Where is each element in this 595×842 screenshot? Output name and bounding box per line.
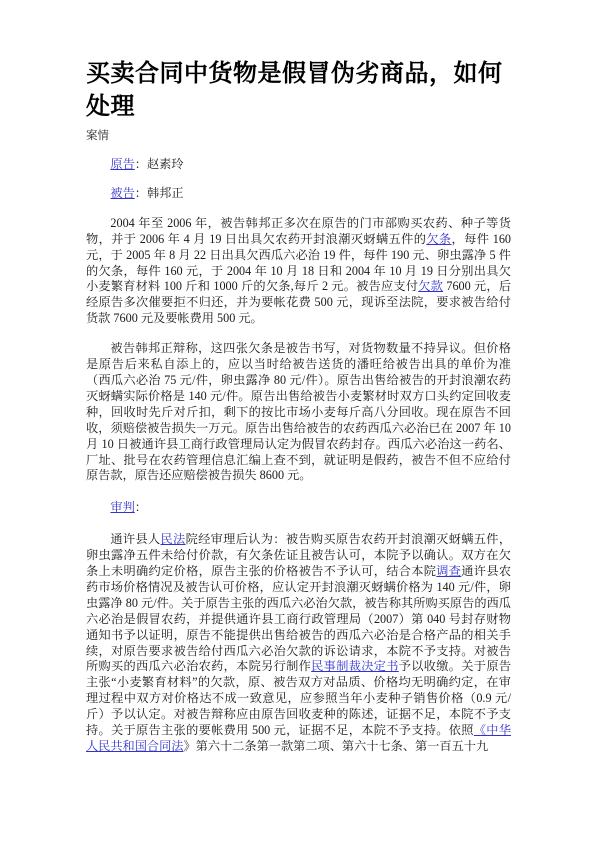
- document-body: 原告：赵素玲被告：韩邦正2004 年至 2006 年，被告韩邦正多次在原告的门市…: [86, 157, 511, 755]
- text-segment: 通许县人: [110, 532, 160, 546]
- inline-link[interactable]: 被告: [110, 186, 134, 200]
- text-segment: 》第六十二条第一款第二项、第六十七条、第一百五十九: [184, 739, 489, 753]
- text-segment: 被告韩邦正辩称，这四张欠条是被告书写，对货物数量不持异议。但价格是原告后来私自添…: [86, 341, 511, 482]
- defendant-line: 被告：韩邦正: [86, 186, 511, 202]
- inline-link[interactable]: 调查: [436, 564, 461, 578]
- plaintiff-line: 原告：赵素玲: [86, 157, 511, 173]
- judgment-heading: 审判：: [86, 500, 511, 516]
- inline-link[interactable]: 民法: [161, 532, 186, 546]
- inline-link[interactable]: 欠条: [426, 232, 451, 246]
- text-segment: 通许县农药市场价格情况及被告认可价格，应认定开封浪潮灭蚜螨价格为 140 元/件…: [86, 564, 511, 673]
- case-paragraph-2: 被告韩邦正辩称，这四张欠条是被告书写，对货物数量不持异议。但价格是原告后来私自添…: [86, 341, 511, 484]
- text-segment: ：: [135, 500, 147, 514]
- inline-link[interactable]: 民事制裁决定书: [311, 659, 399, 673]
- judgment-paragraph-1: 通许县人民法院经审理后认为：被告购买原告农药开封浪潮灭蚜螨五件，卵虫露净五件未给…: [86, 532, 511, 755]
- text-segment: ：韩邦正: [135, 186, 184, 200]
- inline-link[interactable]: 审判: [110, 500, 134, 514]
- page-title: 买卖合同中货物是假冒伪劣商品，如何处理: [86, 58, 511, 124]
- text-segment: ：赵素玲: [135, 157, 184, 171]
- document-page: 买卖合同中货物是假冒伪劣商品，如何处理 案情 原告：赵素玲被告：韩邦正2004 …: [0, 0, 595, 842]
- inline-link[interactable]: 原告: [110, 157, 134, 171]
- section-label-case: 案情: [86, 129, 511, 144]
- case-paragraph-1: 2004 年至 2006 年，被告韩邦正多次在原告的门市部购买农药、种子等货物，…: [86, 216, 511, 327]
- inline-link[interactable]: 欠款: [418, 279, 443, 293]
